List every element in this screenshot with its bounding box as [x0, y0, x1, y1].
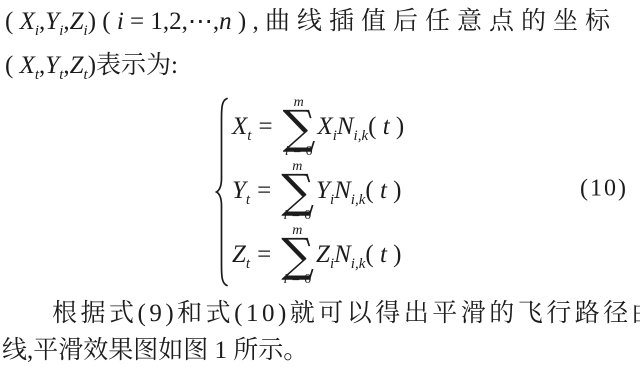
equation-x-lhs: Xt	[232, 113, 251, 141]
equation-number: (10)	[580, 176, 628, 203]
summation-z: m ∑ i = 0	[281, 224, 314, 286]
summation-x: m ∑ i = 0	[283, 96, 316, 158]
left-brace-icon	[215, 97, 229, 287]
sum-lower-limit: i = 0	[283, 209, 311, 222]
summation-y: m ∑ i = 0	[281, 160, 314, 222]
equation-y: Yt = m ∑ i = 0 YiNi,k( t )	[232, 159, 404, 223]
equation-z-rhs: ZiNi,k( t )	[316, 241, 401, 269]
intro-line-2: ( Xt,Yt,Zt)表示为:	[5, 44, 638, 88]
document-page: ( Xi,Yi,Zi) ( i = 1,2,⋯,n ) , 曲线插值后任意点的坐…	[0, 0, 640, 367]
equation-z: Zt = m ∑ i = 0 ZiNi,k( t )	[232, 223, 404, 287]
sigma-icon: ∑	[281, 173, 314, 209]
conclusion-line-1: 根据式(9)和式(10)就可以得出平滑的飞行路径曲	[2, 295, 638, 332]
intro-line-1: ( Xi,Yi,Zi) ( i = 1,2,⋯,n ) , 曲线插值后任意点的坐…	[5, 0, 638, 44]
conclusion-line-2: 线,平滑效果图如图 1 所示。	[2, 332, 638, 367]
equation-z-lhs: Zt	[232, 241, 250, 269]
equals-sign: =	[257, 241, 271, 269]
paragraph-conclusion: 根据式(9)和式(10)就可以得出平滑的飞行路径曲 线,平滑效果图如图 1 所示…	[2, 295, 638, 367]
equals-sign: =	[257, 177, 271, 205]
sum-lower-limit: i = 0	[285, 145, 313, 158]
sigma-icon: ∑	[281, 237, 314, 273]
equation-x-rhs: XiNi,k( t )	[317, 113, 404, 141]
paragraph-intro: ( Xi,Yi,Zi) ( i = 1,2,⋯,n ) , 曲线插值后任意点的坐…	[5, 0, 638, 88]
sigma-icon: ∑	[283, 109, 316, 145]
equation-system-10: Xt = m ∑ i = 0 XiNi,k( t ) Yt = m ∑ i = …	[0, 95, 640, 291]
equations: Xt = m ∑ i = 0 XiNi,k( t ) Yt = m ∑ i = …	[232, 95, 404, 287]
equation-y-rhs: YiNi,k( t )	[316, 177, 401, 205]
equation-x: Xt = m ∑ i = 0 XiNi,k( t )	[232, 95, 404, 159]
sum-lower-limit: i = 0	[283, 273, 311, 286]
equals-sign: =	[258, 113, 272, 141]
equation-y-lhs: Yt	[232, 177, 250, 205]
